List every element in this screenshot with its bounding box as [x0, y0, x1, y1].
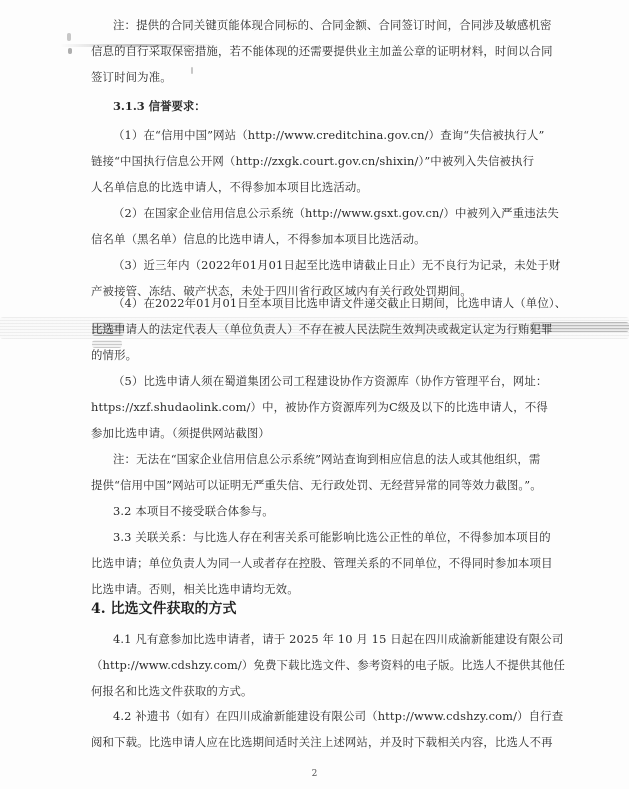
text-line: （http://www.cdshzy.com/）免费下载比选文件、参考资料的电子… [91, 652, 531, 678]
text-line: 4.2 补遗书（如有）在四川成渝新能建设有限公司（http://www.cdsh… [91, 703, 531, 729]
text-line: 人名单信息的比选申请人，不得参加本项目比选活动。 [91, 174, 531, 200]
text-line: 注：提供的合同关键页能体现合同标的、合同金额、合同签订时间，合同涉及敏感机密 [91, 12, 531, 38]
text-line: 何报名和比选文件获取的方式。 [91, 678, 531, 704]
text-line: （2）在国家企业信用信息公示系统（http://www.gsxt.gov.cn/… [91, 200, 531, 226]
credit-item-1: （1）在“信用中国”网站（http://www.creditchina.gov.… [91, 122, 531, 200]
document-page: 注：提供的合同关键页能体现合同标的、合同金额、合同签订时间，合同涉及敏感机密 信… [0, 0, 629, 789]
text-line: 4.1 凡有意参加比选申请者，请于 2025 年 10 月 15 日起在四川成渝… [91, 626, 531, 652]
note-contract-paragraph: 注：提供的合同关键页能体现合同标的、合同金额、合同签订时间，合同涉及敏感机密 信… [91, 12, 531, 90]
text-line: 比选申请；单位负责人为同一人或者存在控股、管理关系的不同单位，不得同时参加本项目 [91, 550, 531, 576]
text-line: 信息的自行采取保密措施，若不能体现的还需要提供业主加盖公章的证明材料，时间以合同 [91, 38, 531, 64]
text-line: 3.2 本项目不接受联合体参与。 [91, 498, 531, 524]
text-line: 参加比选申请。（须提供网站截图） [91, 420, 531, 446]
credit-item-4: （4）在2022年01月01日至本项目比选申请文件递交截止日期间，比选申请人（单… [91, 290, 531, 368]
scan-artifact-mark [68, 48, 72, 54]
text-line: （4）在2022年01月01日至本项目比选申请文件递交截止日期间，比选申请人（单… [91, 290, 531, 316]
text-line: https://xzf.shudaolink.com/）中，被协作方资源库列为C… [91, 394, 531, 420]
clause-3-3: 3.3 关联关系：与比选人存在利害关系可能影响比选公正性的单位，不得参加本项目的… [91, 524, 531, 602]
text-line: 比选申请人的法定代表人（单位负责人）不存在被人民法院生效判决或裁定认定为行贿犯罪 [91, 316, 531, 342]
credit-item-2: （2）在国家企业信用信息公示系统（http://www.gsxt.gov.cn/… [91, 200, 531, 252]
text-line: 3.3 关联关系：与比选人存在利害关系可能影响比选公正性的单位，不得参加本项目的 [91, 524, 531, 550]
subsection-heading-3-1-3: 3.1.3 信誉要求： [113, 96, 206, 116]
text-line: 信名单（黑名单）信息的比选申请人，不得参加本项目比选活动。 [91, 226, 531, 252]
text-line: （1）在“信用中国”网站（http://www.creditchina.gov.… [91, 122, 531, 148]
text-line: 签订时间为准。 [91, 64, 531, 90]
clause-3-2: 3.2 本项目不接受联合体参与。 [91, 498, 531, 524]
page-number: 2 [0, 769, 629, 779]
clause-4-2: 4.2 补遗书（如有）在四川成渝新能建设有限公司（http://www.cdsh… [91, 703, 531, 755]
text-line: （3）近三年内（2022年01月01日起至比选申请截止日止）无不良行为记录，未处… [91, 252, 531, 278]
text-line: 阅和下载。比选申请人应在比选期间适时关注上述网站，并及时下载相关内容，比选人不再 [91, 729, 531, 755]
clause-4-1: 4.1 凡有意参加比选申请者，请于 2025 年 10 月 15 日起在四川成渝… [91, 626, 531, 704]
credit-item-5: （5）比选申请人须在蜀道集团公司工程建设协作方资源库（协作方管理平台，网址： h… [91, 368, 531, 446]
text-line: 的情形。 [91, 342, 531, 368]
section-heading-4: 4. 比选文件获取的方式 [91, 598, 237, 620]
text-line: 注：无法在“国家企业信用信息公示系统”网站查询到相应信息的法人或其他组织，需 [91, 446, 531, 472]
scan-artifact-mark [67, 33, 71, 41]
note-credit-paragraph: 注：无法在“国家企业信用信息公示系统”网站查询到相应信息的法人或其他组织，需 提… [91, 446, 531, 498]
text-line: 链接“中国执行信息公开网（http://zxgk.court.gov.cn/sh… [91, 148, 531, 174]
text-line: 提供“信用中国”网站可以证明无严重失信、无行政处罚、无经营异常的同等效力截图。”… [91, 472, 531, 498]
text-line: （5）比选申请人须在蜀道集团公司工程建设协作方资源库（协作方管理平台，网址： [91, 368, 531, 394]
